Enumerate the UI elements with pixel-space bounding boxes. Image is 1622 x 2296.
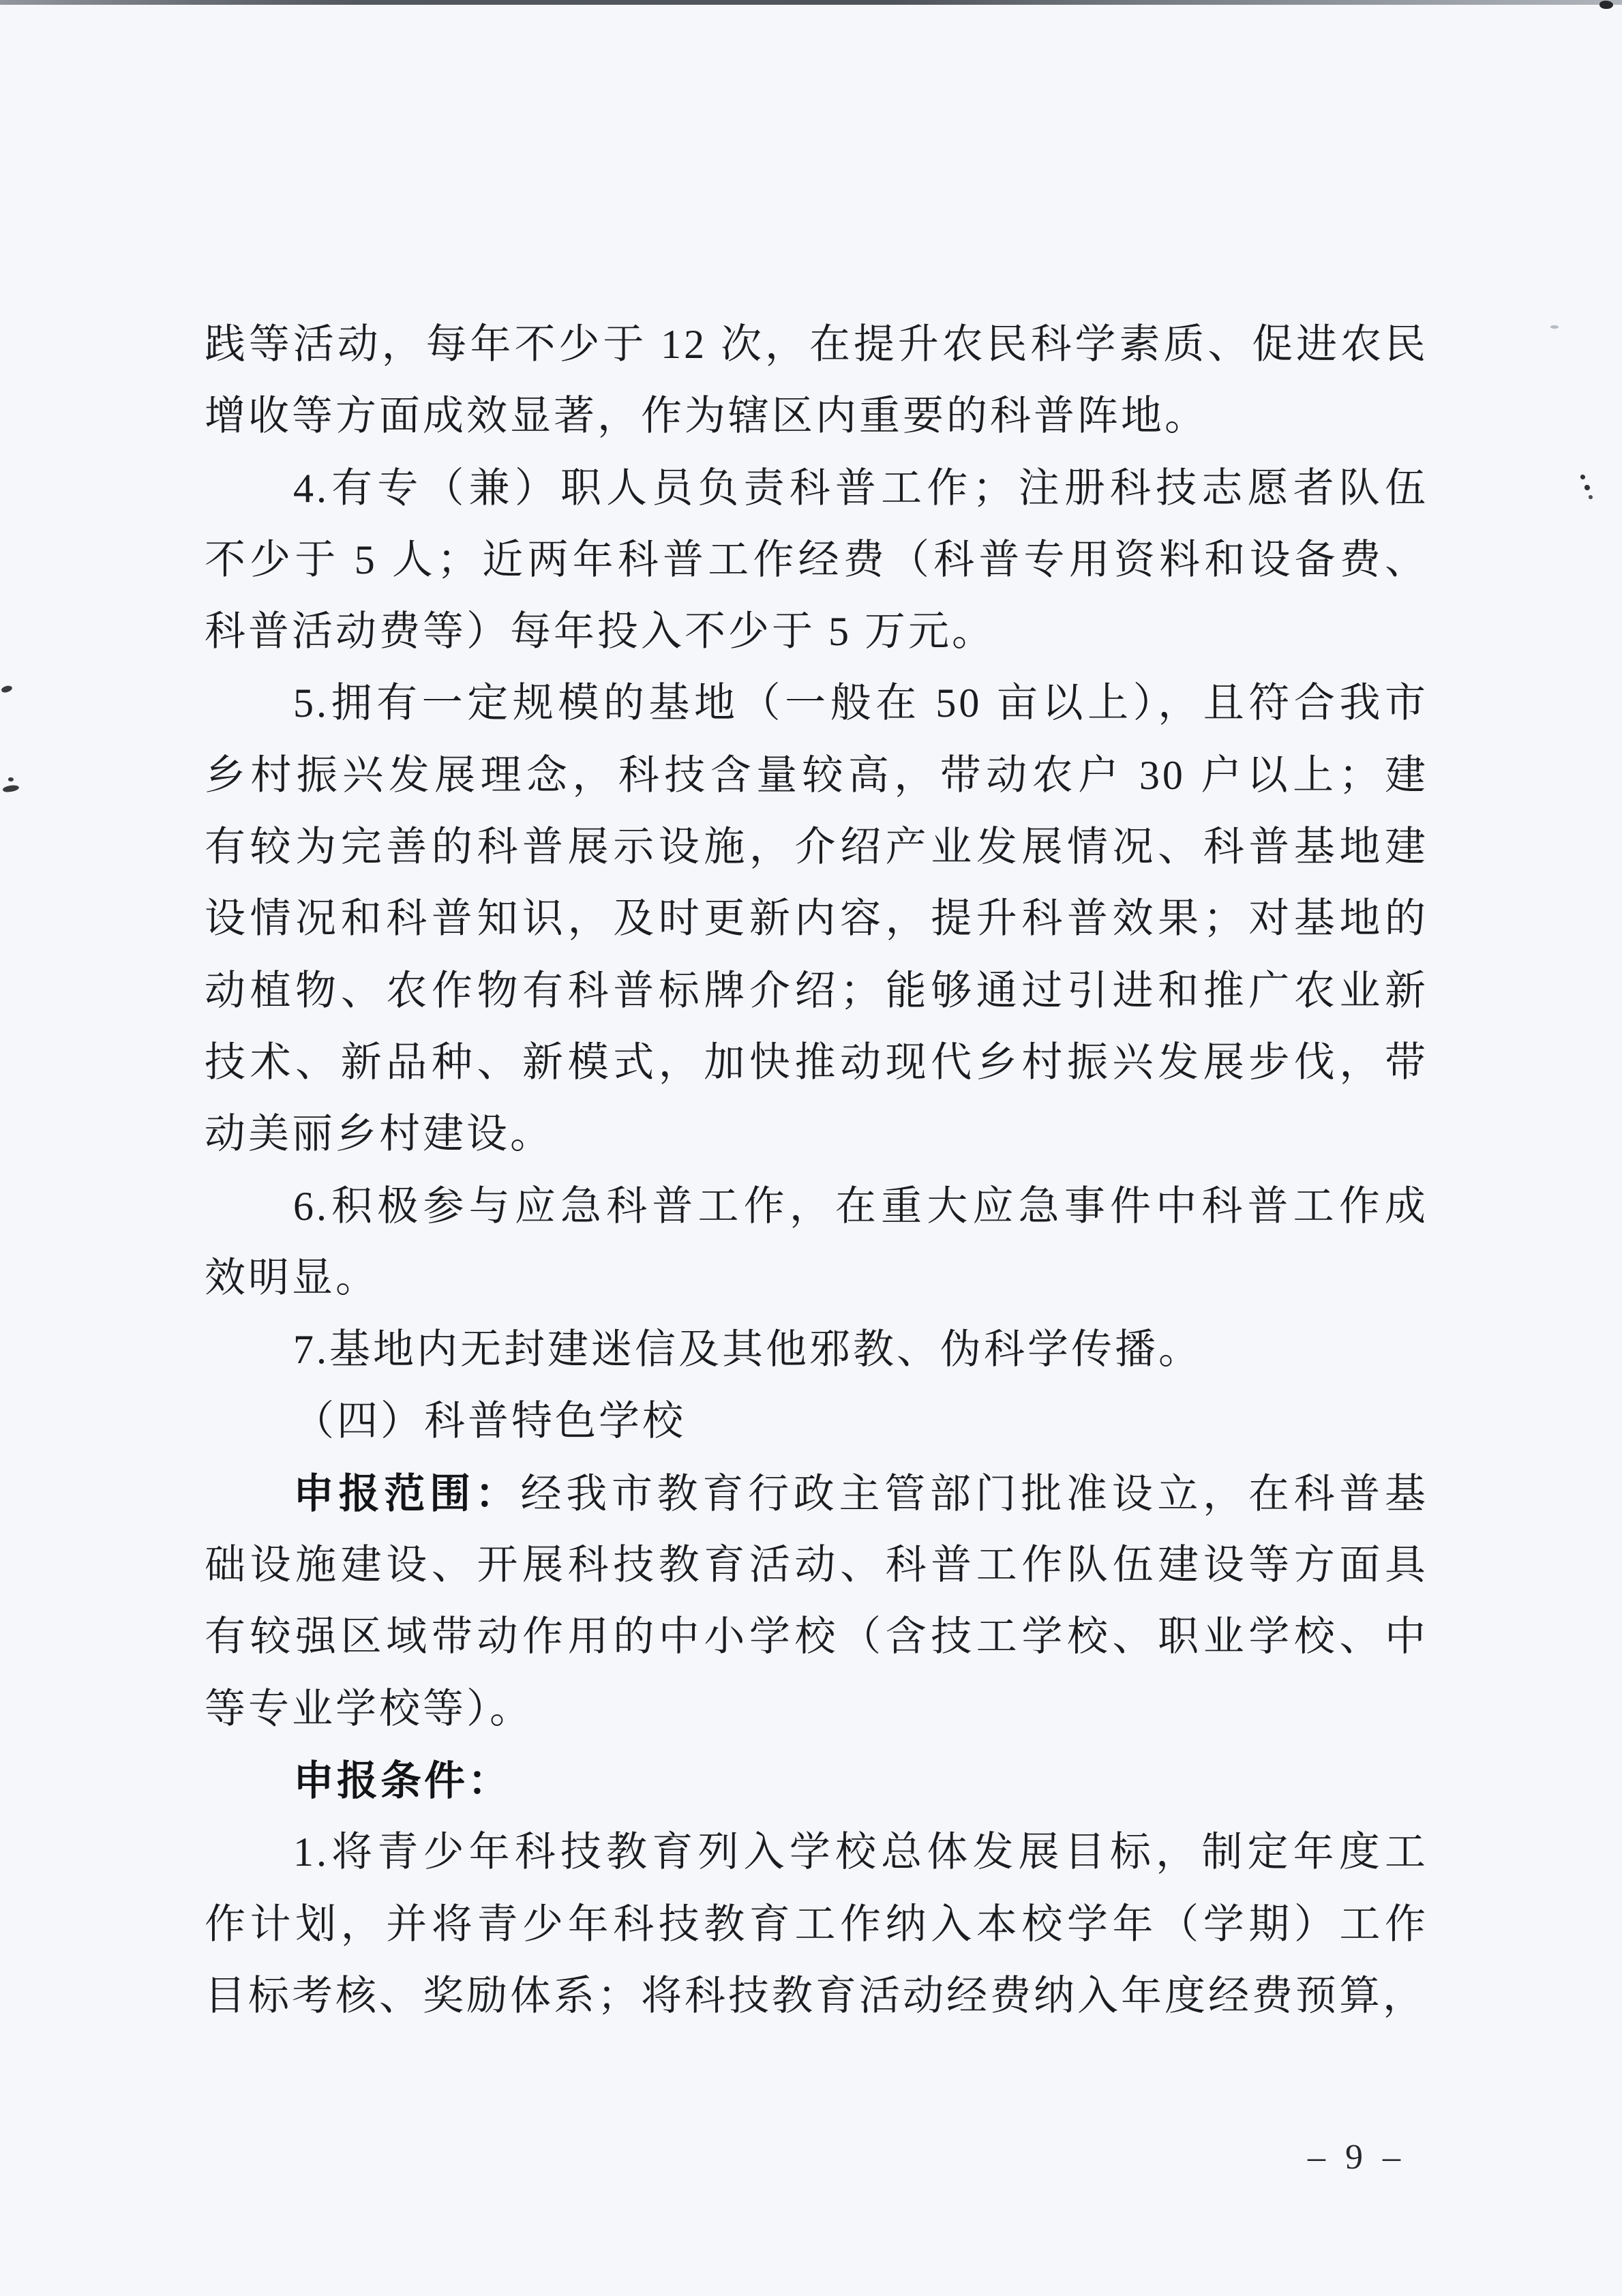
text-line: 础设施建设、开展科技教育活动、科普工作队伍建设等方面具 — [205, 1530, 1428, 1601]
text-run: 经我市教育行政主管部门批准设立，在科普基 — [521, 1472, 1428, 1517]
scan-speck — [1585, 485, 1590, 490]
scan-speck — [1580, 475, 1585, 479]
scan-speck — [1, 685, 13, 694]
text-run: 作计划，并将青少年科技教育工作纳入本校学年（学期）工作 — [205, 1902, 1428, 1947]
text-line: 申报范围：经我市教育行政主管部门批准设立，在科普基 — [205, 1458, 1428, 1530]
text-run: 5.拥有一定规模的基地（一般在 50 亩以上），且符合我市 — [293, 681, 1428, 726]
text-line: 1.将青少年科技教育列入学校总体发展目标，制定年度工 — [205, 1817, 1428, 1888]
text-run: 有较为完善的科普展示设施，介绍产业发展情况、科普基地建 — [205, 824, 1428, 869]
bold-label: 申报条件： — [293, 1758, 511, 1804]
text-run: 础设施建设、开展科技教育活动、科普工作队伍建设等方面具 — [205, 1542, 1428, 1587]
text-run: 效明显。 — [205, 1255, 379, 1300]
text-run: 等专业学校等）。 — [205, 1686, 533, 1731]
scanned-document-page: 践等活动，每年不少于 12 次，在提升农民科学素质、促进农民增收等方面成效显著，… — [0, 0, 1622, 2296]
text-run: 有较强区域带动作用的中小学校（含技工学校、职业学校、中 — [205, 1614, 1428, 1659]
text-run: 技术、新品种、新模式，加快推动现代乡村振兴发展步伐，带 — [205, 1040, 1428, 1085]
text-line: 科普活动费等）每年投入不少于 5 万元。 — [205, 596, 1428, 668]
text-line: 等专业学校等）。 — [205, 1673, 1428, 1745]
text-line: 效明显。 — [205, 1242, 1428, 1314]
text-line: 作计划，并将青少年科技教育工作纳入本校学年（学期）工作 — [205, 1889, 1428, 1960]
text-line: 设情况和科普知识，及时更新内容，提升科普效果；对基地的 — [205, 883, 1428, 955]
text-line: 乡村振兴发展理念，科技含量较高，带动农户 30 户以上；建 — [205, 740, 1428, 811]
text-line: 7.基地内无封建迷信及其他邪教、伪科学传播。 — [205, 1314, 1428, 1386]
text-line: 申报条件： — [205, 1745, 1428, 1817]
text-line: 5.拥有一定规模的基地（一般在 50 亩以上），且符合我市 — [205, 668, 1428, 739]
scan-speck — [1600, 1, 1613, 9]
text-run: 不少于 5 人；近两年科普工作经费（科普专用资料和设备费、 — [205, 537, 1428, 582]
text-line: 不少于 5 人；近两年科普工作经费（科普专用资料和设备费、 — [205, 524, 1428, 596]
text-run: 增收等方面成效显著，作为辖区内重要的科普阵地。 — [205, 393, 1208, 438]
text-run: 设情况和科普知识，及时更新内容，提升科普效果；对基地的 — [205, 896, 1428, 941]
text-line: 增收等方面成效显著，作为辖区内重要的科普阵地。 — [205, 381, 1428, 452]
scan-speck — [2, 784, 19, 793]
page-number: – 9 – — [1308, 2137, 1406, 2177]
scan-edge-artifact — [0, 0, 1622, 5]
text-run: 科普活动费等）每年投入不少于 5 万元。 — [205, 609, 995, 654]
document-body: 践等活动，每年不少于 12 次，在提升农民科学素质、促进农民增收等方面成效显著，… — [205, 309, 1428, 2032]
bold-label: 申报范围： — [293, 1471, 521, 1517]
text-line: 目标考核、奖励体系；将科技教育活动经费纳入年度经费预算， — [205, 1960, 1428, 2032]
text-run: 乡村振兴发展理念，科技含量较高，带动农户 30 户以上；建 — [205, 753, 1428, 798]
text-line: 技术、新品种、新模式，加快推动现代乡村振兴发展步伐，带 — [205, 1027, 1428, 1099]
text-line: 有较为完善的科普展示设施，介绍产业发展情况、科普基地建 — [205, 811, 1428, 883]
text-run: 1.将青少年科技教育列入学校总体发展目标，制定年度工 — [293, 1830, 1428, 1875]
text-run: （四）科普特色学校 — [293, 1399, 686, 1444]
text-run: 4.有专（兼）职人员负责科普工作；注册科技志愿者队伍 — [293, 466, 1428, 511]
scan-speck — [1550, 325, 1559, 329]
text-run: 动植物、农作物有科普标牌介绍；能够通过引进和推广农业新 — [205, 968, 1428, 1013]
text-line: （四）科普特色学校 — [205, 1386, 1428, 1457]
text-line: 践等活动，每年不少于 12 次，在提升农民科学素质、促进农民 — [205, 309, 1428, 381]
scan-speck — [1589, 495, 1593, 499]
text-line: 4.有专（兼）职人员负责科普工作；注册科技志愿者队伍 — [205, 453, 1428, 524]
text-line: 6.积极参与应急科普工作，在重大应急事件中科普工作成 — [205, 1171, 1428, 1242]
text-line: 有较强区域带动作用的中小学校（含技工学校、职业学校、中 — [205, 1601, 1428, 1673]
scan-speck — [8, 777, 14, 781]
text-run: 践等活动，每年不少于 12 次，在提升农民科学素质、促进农民 — [205, 322, 1428, 367]
text-line: 动植物、农作物有科普标牌介绍；能够通过引进和推广农业新 — [205, 955, 1428, 1027]
text-run: 7.基地内无封建迷信及其他邪教、伪科学传播。 — [293, 1327, 1202, 1372]
text-run: 动美丽乡村建设。 — [205, 1112, 554, 1157]
text-run: 目标考核、奖励体系；将科技教育活动经费纳入年度经费预算， — [205, 1973, 1426, 2018]
text-run: 6.积极参与应急科普工作，在重大应急事件中科普工作成 — [293, 1184, 1428, 1229]
text-line: 动美丽乡村建设。 — [205, 1099, 1428, 1170]
